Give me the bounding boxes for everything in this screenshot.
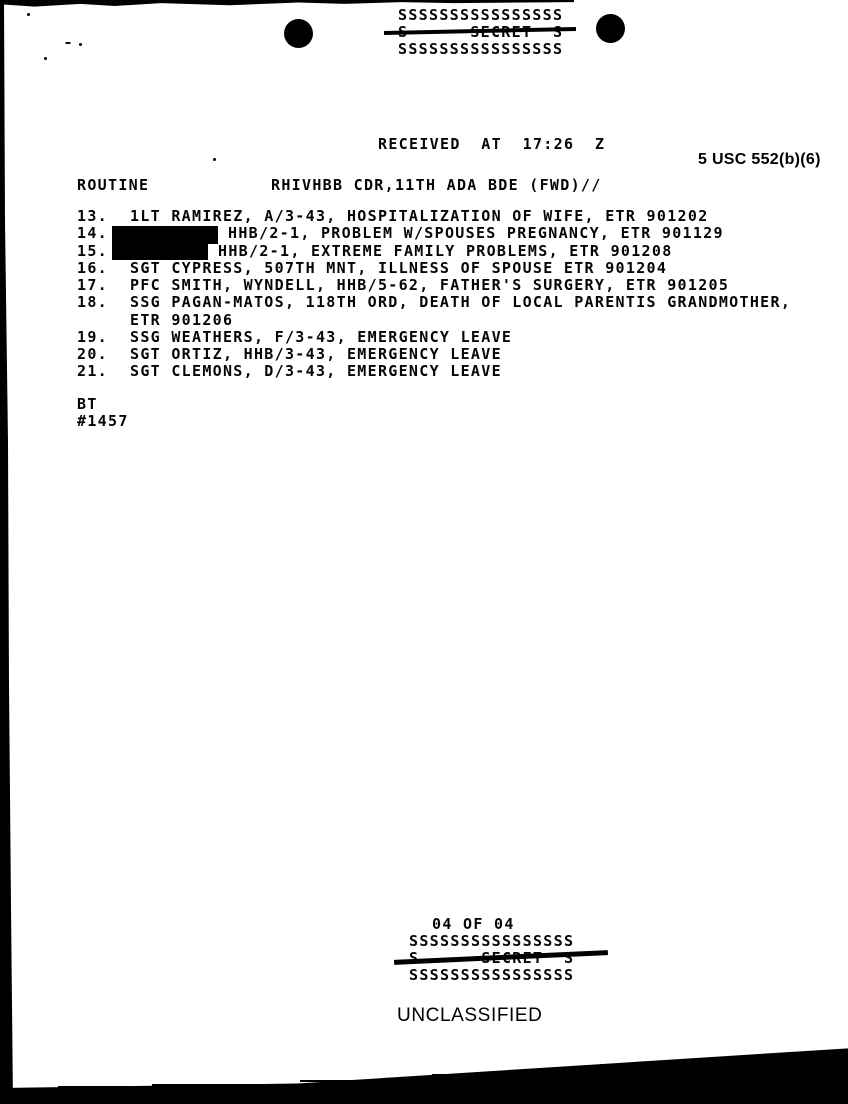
- line-number: 15.: [77, 243, 108, 260]
- message-line: ETR 901206: [0, 312, 848, 329]
- scanned-document-page: SSSSSSSSSSSSSSSS S SECRET S SSSSSSSSSSSS…: [0, 0, 848, 1104]
- precedence-label: ROUTINE: [77, 177, 149, 194]
- scan-bottom-dash: [152, 1084, 262, 1086]
- line-text: HHB/2-1, EXTREME FAMILY PROBLEMS, ETR 90…: [218, 243, 673, 260]
- line-text: SGT CYPRESS, 507TH MNT, ILLNESS OF SPOUS…: [130, 260, 667, 277]
- message-line: 16.SGT CYPRESS, 507TH MNT, ILLNESS OF SP…: [0, 260, 848, 277]
- message-line: 13.1LT RAMIREZ, A/3-43, HOSPITALIZATION …: [0, 208, 848, 225]
- page-indicator: 04 OF 04: [432, 916, 515, 933]
- ink-speck: [44, 57, 47, 60]
- message-line: 21.SGT CLEMONS, D/3-43, EMERGENCY LEAVE: [0, 363, 848, 380]
- scan-bottom-dash: [432, 1074, 552, 1077]
- scan-edge-bottom: [0, 1040, 848, 1104]
- message-line: 19.SSG WEATHERS, F/3-43, EMERGENCY LEAVE: [0, 329, 848, 346]
- scan-bottom-dash: [300, 1080, 395, 1082]
- message-line: 14.HHB/2-1, PROBLEM W/SPOUSES PREGNANCY,…: [0, 225, 848, 242]
- line-text: ETR 901206: [130, 312, 233, 329]
- message-line: 15.HHB/2-1, EXTREME FAMILY PROBLEMS, ETR…: [0, 243, 848, 260]
- line-number: 19.: [77, 329, 108, 346]
- line-text: SSG WEATHERS, F/3-43, EMERGENCY LEAVE: [130, 329, 512, 346]
- line-number: 18.: [77, 294, 108, 311]
- ink-speck: [213, 158, 216, 161]
- scan-bottom-dash: [600, 1064, 700, 1067]
- line-text: 1LT RAMIREZ, A/3-43, HOSPITALIZATION OF …: [130, 208, 709, 225]
- foia-exemption-stamp: 5 USC 552(b)(6): [698, 151, 821, 169]
- message-line: 18.SSG PAGAN-MATOS, 118TH ORD, DEATH OF …: [0, 294, 848, 311]
- end-of-message: BT: [77, 396, 98, 413]
- line-number: 13.: [77, 208, 108, 225]
- message-line: 17.PFC SMITH, WYNDELL, HHB/5-62, FATHER'…: [0, 277, 848, 294]
- scan-edge-left: [0, 0, 14, 1104]
- classification-s-row-top-1: SSSSSSSSSSSSSSSS: [398, 7, 563, 24]
- line-number: 20.: [77, 346, 108, 363]
- line-number: 17.: [77, 277, 108, 294]
- ink-speck: [79, 43, 82, 46]
- received-timestamp: RECEIVED AT 17:26 Z: [378, 136, 605, 153]
- line-text: HHB/2-1, PROBLEM W/SPOUSES PREGNANCY, ET…: [228, 225, 724, 242]
- line-number: 16.: [77, 260, 108, 277]
- routing-address: RHIVHBB CDR,11TH ADA BDE (FWD)//: [271, 177, 602, 194]
- classification-s-row-bottom-1: SSSSSSSSSSSSSSSS: [409, 933, 574, 950]
- line-number: 14.: [77, 225, 108, 242]
- line-number: 21.: [77, 363, 108, 380]
- scan-bottom-dash: [58, 1086, 130, 1088]
- classification-s-row-top-2: SSSSSSSSSSSSSSSS: [398, 41, 563, 58]
- ink-speck: [27, 13, 30, 16]
- punch-hole-right: [596, 14, 625, 43]
- line-text: PFC SMITH, WYNDELL, HHB/5-62, FATHER'S S…: [130, 277, 729, 294]
- classification-s-row-bottom-2: SSSSSSSSSSSSSSSS: [409, 967, 574, 984]
- punch-hole-left: [284, 19, 313, 48]
- unclassified-stamp: UNCLASSIFIED: [397, 1005, 543, 1027]
- message-number: #1457: [77, 413, 129, 430]
- message-line: 20.SGT ORTIZ, HHB/3-43, EMERGENCY LEAVE: [0, 346, 848, 363]
- line-text: SSG PAGAN-MATOS, 118TH ORD, DEATH OF LOC…: [130, 294, 791, 311]
- line-text: SGT CLEMONS, D/3-43, EMERGENCY LEAVE: [130, 363, 502, 380]
- ink-speck: [65, 42, 71, 44]
- line-text: SGT ORTIZ, HHB/3-43, EMERGENCY LEAVE: [130, 346, 502, 363]
